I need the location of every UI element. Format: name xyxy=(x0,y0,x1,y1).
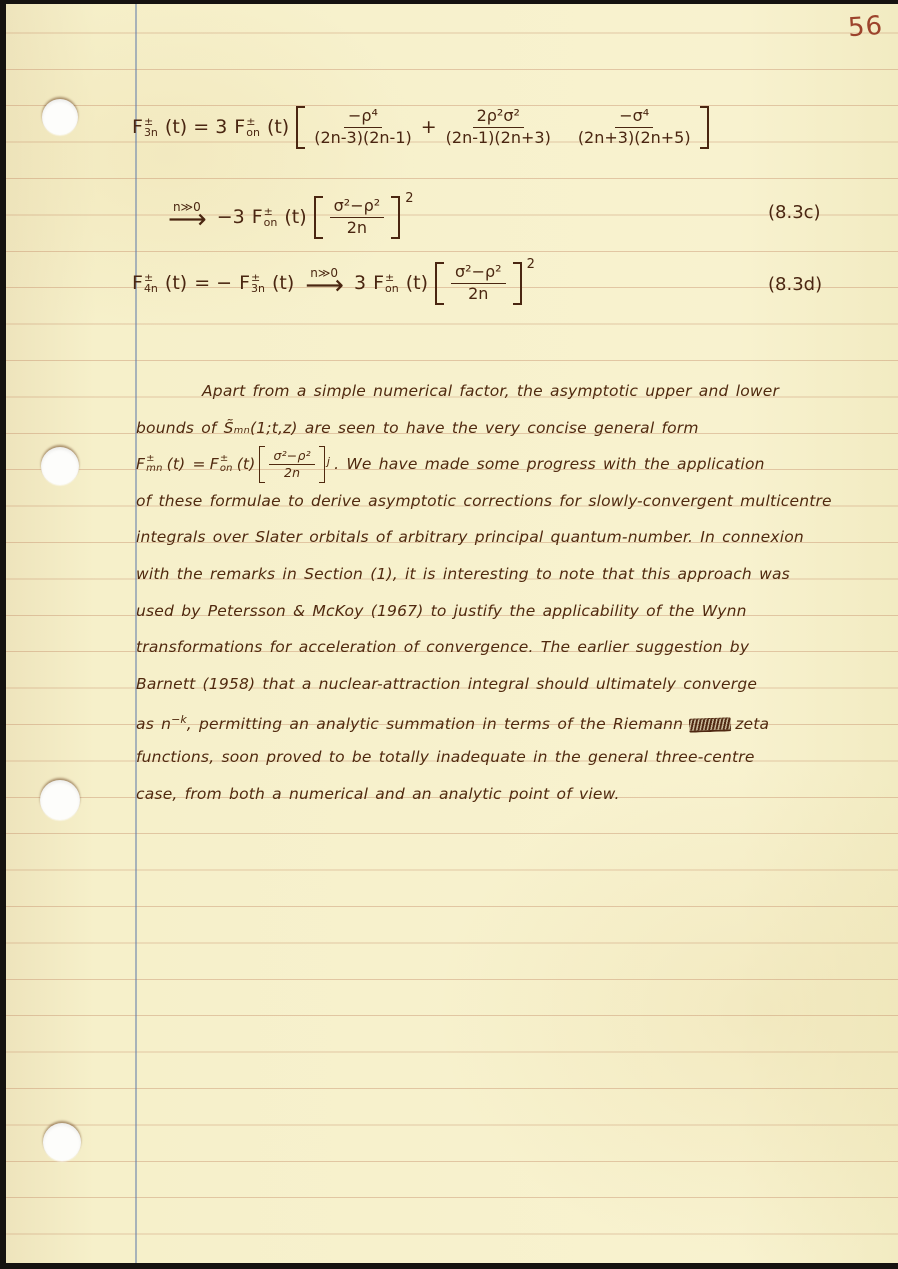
math-symbol: (t) xyxy=(165,272,187,294)
equation-tag-8-3c: (8.3c) xyxy=(768,202,821,223)
punch-hole-3 xyxy=(40,780,80,820)
math-symbol: F xyxy=(239,272,250,294)
denominator: (2n-1)(2n+3) xyxy=(444,128,553,149)
fraction-rho2sigma2: 2ρ²σ² (2n-1)(2n+3) xyxy=(444,106,553,149)
equals-minus-operator: = − xyxy=(194,272,232,294)
math-symbol: F xyxy=(373,272,384,294)
equation-8-3c: n≫0 ⟶ −3 F ± on (t) σ²−ρ² 2n 2 xyxy=(164,196,413,239)
sup-sub-stack: ± on xyxy=(385,272,399,295)
subscript: 3n xyxy=(144,127,158,139)
denominator: 2n xyxy=(345,218,369,239)
numerator: σ²−ρ² xyxy=(451,262,506,284)
math-symbol: (t) xyxy=(272,272,294,294)
fraction-sigma-rho: σ²−ρ² 2n xyxy=(451,262,506,305)
F-on-symbol: F ± on xyxy=(373,272,399,295)
left-bracket xyxy=(435,262,444,305)
exponent: j xyxy=(327,444,330,481)
left-bracket xyxy=(296,106,305,149)
fraction-sigma-rho: σ²−ρ² 2n xyxy=(269,448,314,480)
math-symbol: −3 xyxy=(217,206,245,228)
plus-operator: + xyxy=(421,116,437,138)
sup-sub-stack: ± on xyxy=(220,454,233,475)
sup-sub-stack: ± mn xyxy=(146,454,162,475)
limit-arrow: n≫0 ⟶ xyxy=(305,267,343,299)
F-on-symbol: F ± on xyxy=(234,116,260,139)
paragraph-line-10: as n−k, permitting an analytic summation… xyxy=(136,702,898,739)
math-symbol: F xyxy=(252,206,263,228)
exponent: 2 xyxy=(527,257,535,272)
denominator: (2n-3)(2n-1) xyxy=(312,128,414,149)
right-bracket xyxy=(700,106,709,149)
exponent: 2 xyxy=(405,191,413,206)
subscript: on xyxy=(385,283,399,295)
F-on-symbol: F ± on xyxy=(252,206,278,229)
F-4n-symbol: F ± 4n xyxy=(132,272,158,295)
subscript: 4n xyxy=(144,283,158,295)
page-number: 56 xyxy=(847,11,884,43)
paragraph-line-6: with the remarks in Section (1), it is i… xyxy=(136,556,898,593)
math-symbol: 3 xyxy=(354,272,366,294)
math-symbol: F xyxy=(210,446,219,483)
math-symbol: F xyxy=(132,272,143,294)
math-symbol: F xyxy=(132,116,143,138)
paragraph-line-10-text: as n xyxy=(136,716,171,734)
subscript: on xyxy=(264,217,278,229)
equation-tag-8-3d: (8.3d) xyxy=(768,274,822,295)
arrow-icon: ⟶ xyxy=(168,206,206,233)
limit-arrow: n≫0 ⟶ xyxy=(168,201,206,233)
right-bracket xyxy=(391,196,400,239)
math-symbol: (t) = 3 xyxy=(165,116,227,138)
paragraph-line-4: of these formulae to derive asymptotic c… xyxy=(136,483,898,520)
paragraph-line-7: used by Petersson & McKoy (1967) to just… xyxy=(136,593,898,630)
numerator: −ρ⁴ xyxy=(344,106,382,128)
equation-8-3-expansion: F ± 3n (t) = 3 F ± on (t) −ρ⁴ (2n-3)(2n-… xyxy=(132,106,709,149)
numerator: σ²−ρ² xyxy=(330,196,385,218)
sup-sub-stack: ± 3n xyxy=(144,116,158,139)
paragraph-line-3-text: . We have made some progress with the ap… xyxy=(334,446,765,483)
scribbled-out-word xyxy=(689,717,731,732)
F-3n-symbol: F ± 3n xyxy=(132,116,158,139)
left-bracket xyxy=(314,196,323,239)
punch-hole-4 xyxy=(43,1123,81,1161)
fraction-sigma4: −σ⁴ (2n+3)(2n+5) xyxy=(576,106,693,149)
equation-8-3d: F ± 4n (t) = − F ± 3n (t) n≫0 ⟶ 3 F ± on xyxy=(132,262,535,305)
sup-sub-stack: ± 4n xyxy=(144,272,158,295)
denominator: (2n+3)(2n+5) xyxy=(576,128,693,149)
right-bracket xyxy=(513,262,522,305)
right-bracket xyxy=(319,446,325,483)
F-mn-symbol: F ± mn xyxy=(136,446,163,483)
subscript: on xyxy=(246,127,260,139)
paragraph-line-12: case, from both a numerical and an analy… xyxy=(136,776,898,813)
math-symbol: (t) xyxy=(267,116,289,138)
paragraph-line-2: bounds of S̃ₘₙ(1;t,z) are seen to have t… xyxy=(136,410,898,447)
paragraph-line-10-text: , permitting an analytic summation in te… xyxy=(187,716,683,734)
subscript: 3n xyxy=(251,283,265,295)
F-3n-symbol: F ± 3n xyxy=(239,272,265,295)
sup-sub-stack: ± on xyxy=(264,206,278,229)
paragraph-line-8: transformations for acceleration of conv… xyxy=(136,629,898,666)
math-symbol: (t) = xyxy=(167,446,206,483)
F-on-symbol: F ± on xyxy=(210,446,233,483)
fraction-rho4: −ρ⁴ (2n-3)(2n-1) xyxy=(312,106,414,149)
math-symbol: F xyxy=(136,446,145,483)
numerator: 2ρ²σ² xyxy=(473,106,524,128)
paragraph-line-10-text: zeta xyxy=(735,716,769,734)
numerator: −σ⁴ xyxy=(615,106,653,128)
exponent: −k xyxy=(171,713,187,726)
punch-hole-2 xyxy=(41,447,79,485)
subscript: mn xyxy=(146,464,162,475)
denominator: 2n xyxy=(282,465,302,481)
paragraph-line-11: functions, soon proved to be totally ina… xyxy=(136,739,898,776)
left-bracket xyxy=(259,446,265,483)
sup-sub-stack: ± on xyxy=(246,116,260,139)
denominator: 2n xyxy=(466,284,490,305)
arrow-icon: ⟶ xyxy=(305,272,343,299)
sup-sub-stack: ± 3n xyxy=(251,272,265,295)
math-symbol: (t) xyxy=(284,206,306,228)
subscript: on xyxy=(220,464,233,475)
paragraph-line-1: Apart from a simple numerical factor, th… xyxy=(136,373,898,410)
handwritten-paragraph: Apart from a simple numerical factor, th… xyxy=(136,373,898,812)
paragraph-line-3: F ± mn (t) = F ± on (t) σ²−ρ² 2n xyxy=(136,446,898,483)
math-symbol: (t) xyxy=(237,446,256,483)
paragraph-line-9: Barnett (1958) that a nuclear-attraction… xyxy=(136,666,898,703)
punch-hole-1 xyxy=(42,99,78,135)
math-symbol: F xyxy=(234,116,245,138)
notebook-page: 56 F ± 3n (t) = 3 F ± on (t) −ρ⁴ (2n-3)(… xyxy=(6,4,898,1263)
paragraph-line-5: integrals over Slater orbitals of arbitr… xyxy=(136,519,898,556)
math-symbol: (t) xyxy=(406,272,428,294)
numerator: σ²−ρ² xyxy=(269,448,314,465)
fraction-sigma-rho: σ²−ρ² 2n xyxy=(330,196,385,239)
